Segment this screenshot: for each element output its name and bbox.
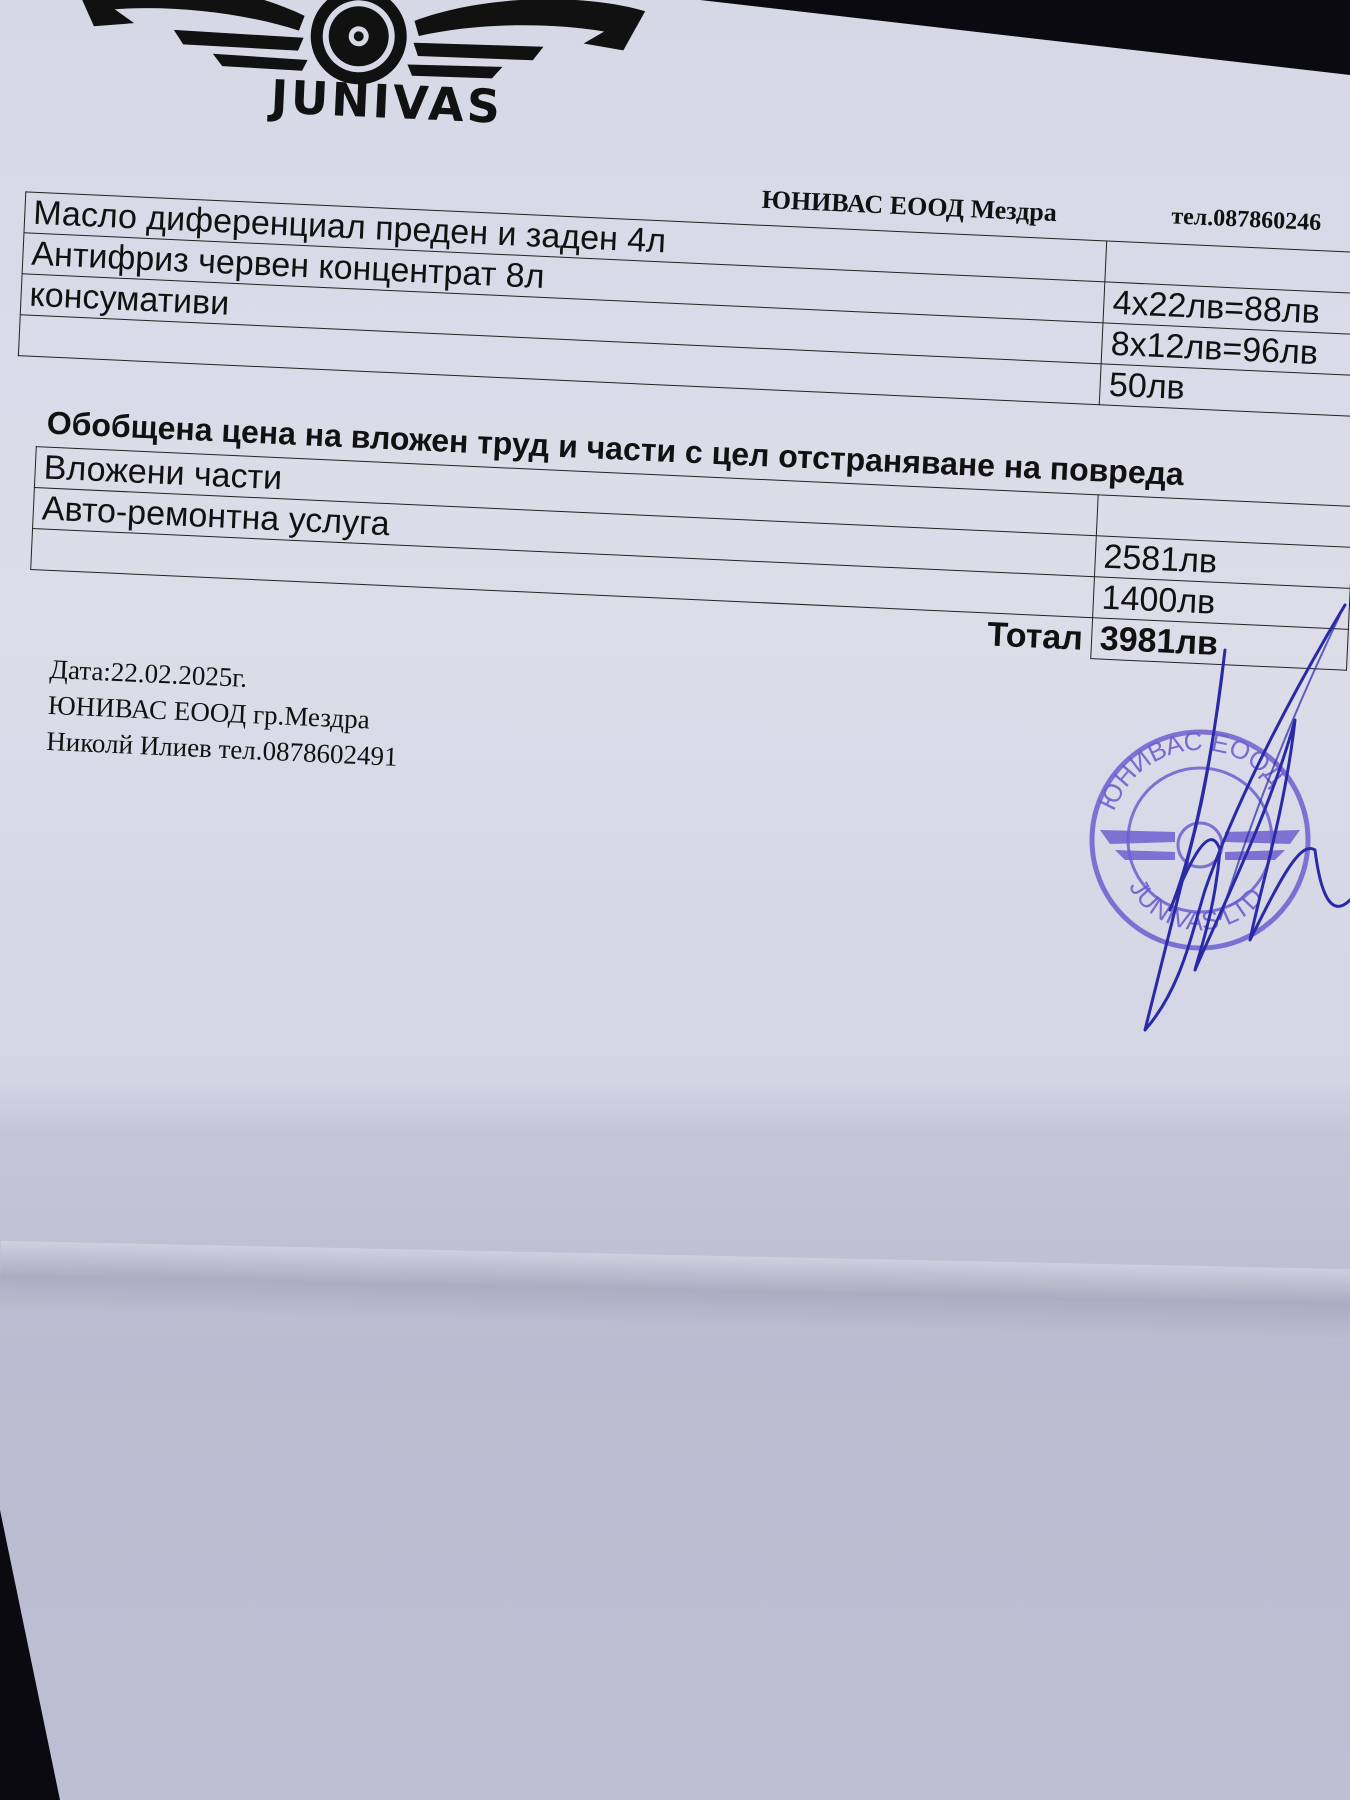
items-table: Масло диференциал преден и заден 4л Анти…	[18, 191, 1350, 417]
company-header: ЮНИВАС ЕООД Мездра	[761, 185, 1057, 228]
company-phone: тел.087860246	[1171, 203, 1322, 237]
logo-text: JUNIVAS	[270, 69, 505, 133]
junivas-logo: JUNIVAS	[49, 0, 666, 152]
invoice-footer: Дата:22.02.2025г. ЮНИВАС ЕООД гр.Мездра …	[46, 651, 402, 775]
photo-scene: JUNIVAS ЮНИВАС ЕООД Мездра тел.087860246…	[0, 0, 1350, 1800]
signature-icon	[1100, 590, 1350, 1050]
